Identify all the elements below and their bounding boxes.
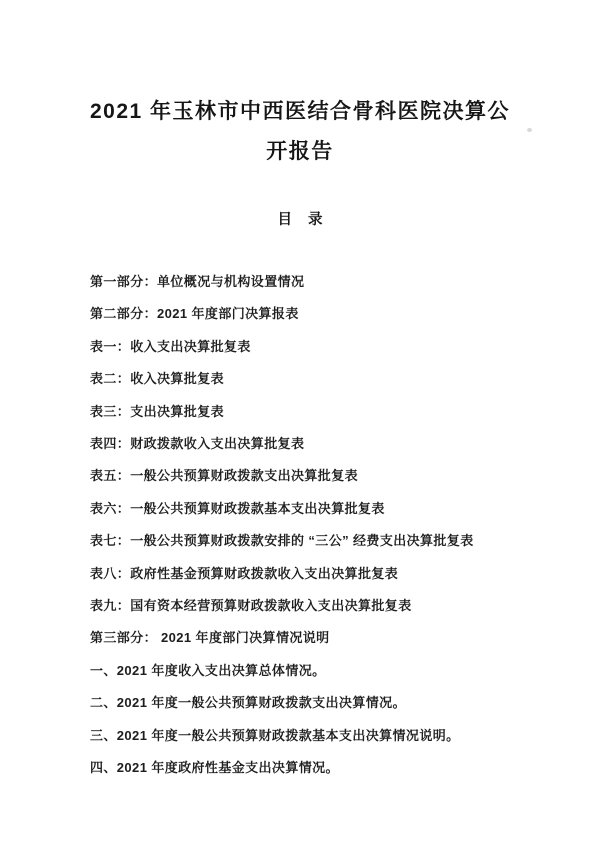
toc-item-table6: 表六：一般公共预算财政拨款基本支出决算批复表 xyxy=(90,493,550,525)
document-title-line1: 2021 年玉林市中西医结合骨科医院决算公 xyxy=(0,92,600,132)
scan-speck-artifact xyxy=(527,128,532,132)
toc-item-table9: 表九：国有资本经营预算财政拨款收入支出决算批复表 xyxy=(90,590,550,622)
toc-item-table3: 表三：支出决算批复表 xyxy=(90,396,550,428)
toc-item-table4: 表四：财政拨款收入支出决算批复表 xyxy=(90,428,550,460)
toc-item-table2: 表二：收入决算批复表 xyxy=(90,363,550,395)
toc-item-note4: 四、2021 年度政府性基金支出决算情况。 xyxy=(90,752,550,784)
toc-item-table5: 表五：一般公共预算财政拨款支出决算批复表 xyxy=(90,460,550,492)
toc-item-note2: 二、2021 年度一般公共预算财政拨款支出决算情况。 xyxy=(90,687,550,719)
toc-item-note3: 三、2021 年度一般公共预算财政拨款基本支出决算情况说明。 xyxy=(90,720,550,752)
document-page: 2021 年玉林市中西医结合骨科医院决算公 开报告 目 录 第一部分：单位概况与… xyxy=(0,0,600,857)
toc-item-note1: 一、2021 年度收入支出决算总体情况。 xyxy=(90,655,550,687)
toc-item-part3: 第三部分： 2021 年度部门决算情况说明 xyxy=(90,622,550,654)
document-title-line2: 开报告 xyxy=(0,132,600,172)
toc-item-table7: 表七：一般公共预算财政拨款安排的 “三公” 经费支出决算批复表 xyxy=(90,525,550,557)
toc-item-part2: 第二部分：2021 年度部门决算报表 xyxy=(90,298,550,330)
document-title: 2021 年玉林市中西医结合骨科医院决算公 开报告 xyxy=(0,0,600,172)
toc-item-part1: 第一部分：单位概况与机构设置情况 xyxy=(90,266,550,298)
toc-item-table8: 表八：政府性基金预算财政拨款收入支出决算批复表 xyxy=(90,558,550,590)
toc-heading: 目 录 xyxy=(0,210,600,230)
toc-list: 第一部分：单位概况与机构设置情况 第二部分：2021 年度部门决算报表 表一：收… xyxy=(0,266,600,785)
toc-item-table1: 表一：收入支出决算批复表 xyxy=(90,331,550,363)
